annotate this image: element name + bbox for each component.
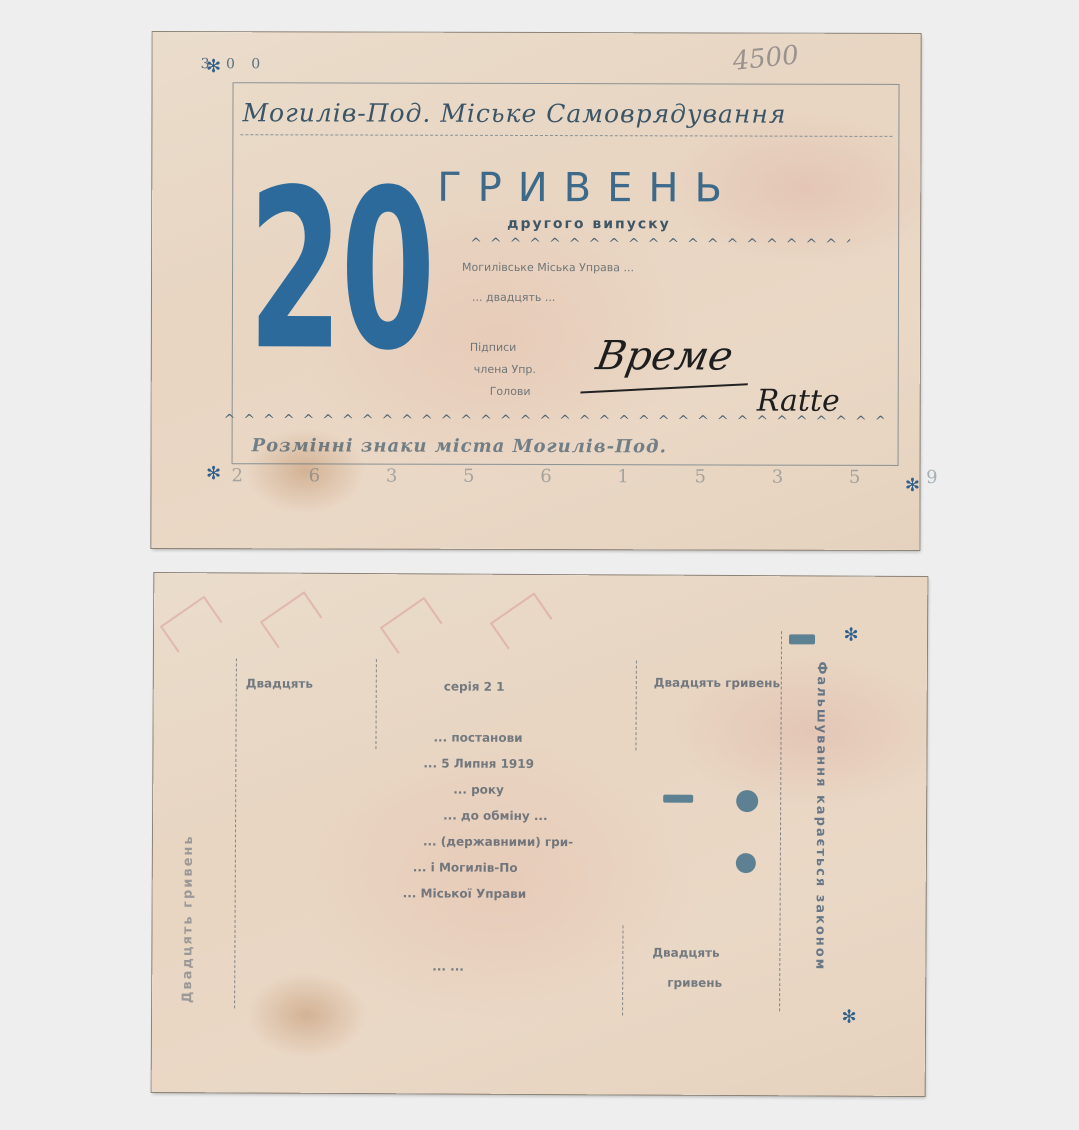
body-line: ... до обміну ...: [443, 808, 548, 823]
header-right: Двадцять гривень: [654, 676, 780, 691]
footer-center: ... ...: [432, 959, 464, 973]
body-line: ... року: [453, 783, 504, 797]
column-divider: [234, 658, 237, 1008]
vertical-text-right: Фальшування карається законом: [812, 661, 829, 971]
issue-label: другого випуску: [507, 216, 671, 232]
rosette-ornament-icon: ✻: [840, 1009, 858, 1027]
banknote-back: ✻ ✻ Двадцять серія 2 1 Двадцять гривень …: [152, 573, 928, 1096]
ink-blot: [663, 795, 693, 803]
rosette-ornament-icon: ✻: [204, 465, 222, 483]
header-left: Двадцять: [246, 676, 313, 690]
body-line: ... Міської Управи: [403, 886, 527, 901]
denomination-word: ГРИВЕНЬ: [437, 165, 738, 212]
header-center: серія 2 1: [444, 679, 505, 693]
text-line-1: Могилівське Міська Управа ...: [462, 261, 634, 274]
footer-right-2: гривень: [667, 976, 722, 990]
signature-label-3: Голови: [490, 385, 531, 398]
ornament-row: ^^^^^^^^^^^^^^^^^^^^: [470, 236, 850, 253]
body-line: ... і Могилів-По: [413, 860, 518, 875]
body-line: ... 5 Липня 1919: [423, 756, 534, 771]
ornament-row: ^^^^^^^^^^^^^^^^^^^^^^^^^^^^^^^^^^^^^^^: [224, 412, 884, 430]
column-divider: [622, 925, 623, 1015]
body-line: ... постанови: [433, 730, 522, 744]
column-divider: [375, 659, 376, 749]
banknote-front: ✻ ✻ ✻ 3 0 0 4500 Могилів-Под. Міське Сам…: [151, 32, 920, 550]
signature-1: Време: [593, 333, 737, 379]
denomination-number: 20: [248, 160, 433, 380]
red-ornament: [490, 592, 553, 649]
text-line-2: ... двадцять ...: [472, 291, 555, 304]
issuer-heading: Могилів-Под. Міське Самоврядування: [242, 98, 902, 129]
pencil-note: 4500: [731, 40, 800, 77]
rosette-ornament-icon: ✻: [842, 627, 860, 645]
red-ornament: [260, 591, 323, 648]
ink-blot: [789, 634, 815, 644]
signature-label-1: Підписи: [470, 341, 517, 354]
column-divider: [635, 661, 636, 751]
corner-marks: 3 0 0: [201, 56, 267, 72]
vertical-text-left: Двадцять гривень: [180, 663, 197, 1003]
footer-right-1: Двадцять: [652, 946, 719, 960]
signature-label-2: члена Упр.: [474, 363, 536, 376]
ink-blot: [736, 790, 758, 812]
body-line: ... (державними) гри-: [423, 834, 573, 849]
red-ornament: [380, 597, 443, 654]
serial-number: 2 6 3 5 6 1 5 3 5 9: [231, 465, 967, 488]
red-ornament: [160, 596, 223, 653]
ink-blot: [736, 853, 756, 873]
bottom-caption: Розмінні знаки міста Могилів-Под.: [252, 435, 667, 457]
